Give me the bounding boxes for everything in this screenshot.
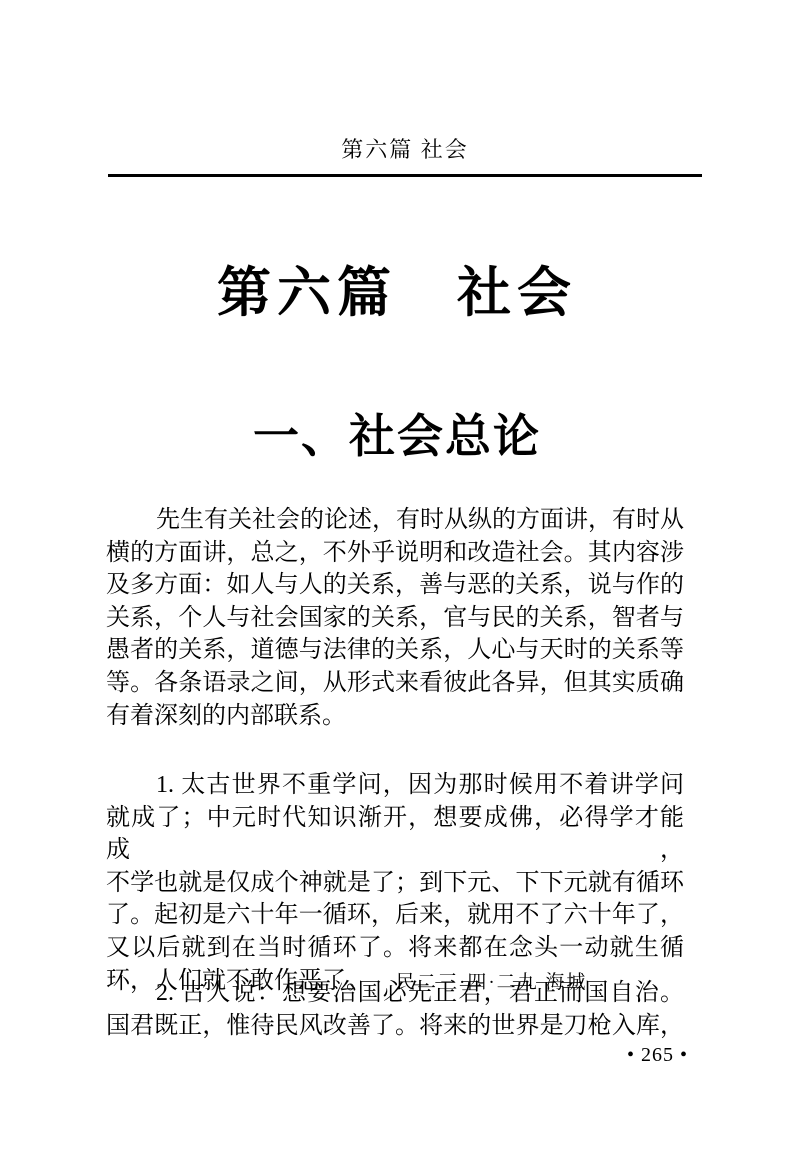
text-line: 先生有关社会的论述，有时从纵的方面讲，有时从 [106,504,684,537]
text-line: 2. 古人说：想要治国必先正君，君正而国自治。 [106,977,684,1010]
text-line: 等。各条语录之间，从形式来看彼此各异，但其实质确 [106,667,684,700]
book-page: 第六篇 社会 第六篇 社会 一、社会总论 先生有关社会的论述，有时从纵的方面讲，… [0,0,794,1151]
text-line: 不学也就是仅成个神就是了；到下元、下下元就有循环 [106,867,684,900]
quote-paragraph-2: 2. 古人说：想要治国必先正君，君正而国自治。 国君既正，惟待民风改善了。将来的… [106,977,684,1042]
page-number: • 265 • [627,1045,688,1065]
quote-paragraph-1: 1. 太古世界不重学问，因为那时候用不着讲学问 就成了；中元时代知识渐开，想要成… [106,769,684,999]
text-line: 及多方面：如人与人的关系，善与恶的关系，说与作的 [106,569,684,602]
running-header: 第六篇 社会 [108,138,702,162]
text-line: 又以后就到在当时循环了。将来都在念头一动就生循 [106,932,684,965]
intro-paragraph: 先生有关社会的论述，有时从纵的方面讲，有时从 横的方面讲，总之，不外乎说明和改造… [106,504,684,732]
text-line: 国君既正，惟待民风改善了。将来的世界是刀枪入库， [106,1010,684,1043]
text-line: 就成了；中元时代知识渐开，想要成佛，必得学才能成， [106,802,684,867]
text-line: 有着深刻的内部联系。 [106,700,684,733]
text-line: 了。起初是六十年一循环，后来，就用不了六十年了， [106,899,684,932]
chapter-title: 第六篇 社会 [0,264,794,322]
header-rule [108,174,702,177]
section-title: 一、社会总论 [0,410,794,462]
text-line: 愚者的关系，道德与法律的关系，人心与天时的关系等 [106,634,684,667]
text-line: 关系，个人与社会国家的关系，官与民的关系，智者与 [106,602,684,635]
text-line: 横的方面讲，总之，不外乎说明和改造社会。其内容涉 [106,537,684,570]
text-line: 1. 太古世界不重学问，因为那时候用不着讲学问 [106,769,684,802]
